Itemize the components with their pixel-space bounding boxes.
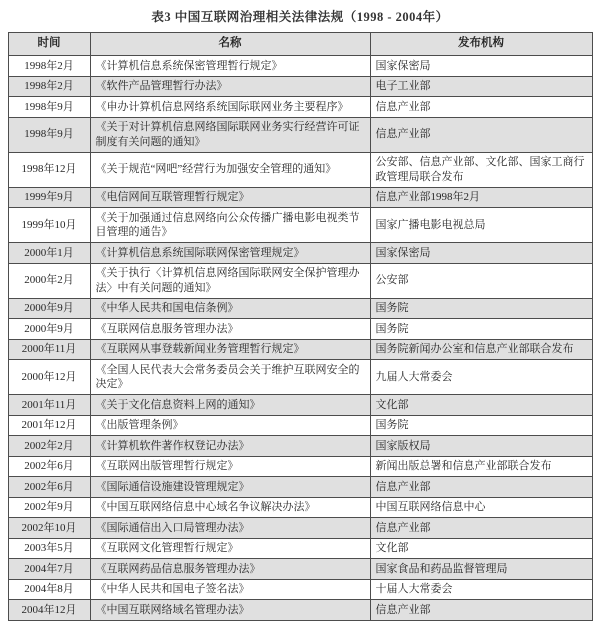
cell-name: 《关于执行〈计算机信息网络国际联网安全保护管理办法〉中有关问题的通知》 xyxy=(90,263,370,298)
cell-time: 2000年1月 xyxy=(8,243,90,264)
cell-agency: 国家保密局 xyxy=(370,56,592,77)
cell-time: 2000年9月 xyxy=(8,319,90,340)
cell-name: 《中华人民共和国电信条例》 xyxy=(90,298,370,319)
cell-agency: 信息产业部 xyxy=(370,97,592,118)
cell-name: 《互联网出版管理暂行规定》 xyxy=(90,456,370,477)
cell-agency: 十届人大常委会 xyxy=(370,579,592,600)
table-row: 1998年2月 《计算机信息系统保密管理暂行规定》 国家保密局 xyxy=(8,56,592,77)
table-row: 2002年6月 《互联网出版管理暂行规定》 新闻出版总署和信息产业部联合发布 xyxy=(8,456,592,477)
cell-name: 《互联网从事登载新闻业务管理暂行规定》 xyxy=(90,339,370,360)
table-row: 2004年12月 《中国互联网络域名管理办法》 信息产业部 xyxy=(8,600,592,621)
cell-name: 《计算机软件著作权登记办法》 xyxy=(90,436,370,457)
table-header: 时间 名称 发布机构 xyxy=(8,33,592,56)
cell-agency: 国家保密局 xyxy=(370,243,592,264)
cell-name: 《关于规范“网吧”经营行为加强安全管理的通知》 xyxy=(90,152,370,187)
header-cell-agency: 发布机构 xyxy=(370,33,592,56)
table-row: 2003年5月 《互联网文化管理暂行规定》 文化部 xyxy=(8,538,592,559)
cell-time: 2004年7月 xyxy=(8,559,90,580)
table-body: 1998年2月 《计算机信息系统保密管理暂行规定》 国家保密局 1998年2月 … xyxy=(8,56,592,621)
cell-agency: 九届人大常委会 xyxy=(370,360,592,395)
cell-name: 《关于对计算机信息网络国际联网业务实行经营许可证制度有关问题的通知》 xyxy=(90,117,370,152)
cell-agency: 公安部、信息产业部、文化部、国家工商行政管理局联合发布 xyxy=(370,152,592,187)
cell-name: 《中华人民共和国电子签名法》 xyxy=(90,579,370,600)
cell-name: 《中国互联网络信息中心域名争议解决办法》 xyxy=(90,497,370,518)
table-row: 2000年9月 《中华人民共和国电信条例》 国务院 xyxy=(8,298,592,319)
cell-name: 《国际通信设施建设管理规定》 xyxy=(90,477,370,498)
cell-time: 2002年10月 xyxy=(8,518,90,539)
table-row: 2002年6月 《国际通信设施建设管理规定》 信息产业部 xyxy=(8,477,592,498)
cell-name: 《关于文化信息资料上网的通知》 xyxy=(90,395,370,416)
table-row: 2000年1月 《计算机信息系统国际联网保密管理规定》 国家保密局 xyxy=(8,243,592,264)
laws-table: 时间 名称 发布机构 1998年2月 《计算机信息系统保密管理暂行规定》 国家保… xyxy=(8,32,593,621)
table-row: 2002年10月 《国际通信出入口局管理办法》 信息产业部 xyxy=(8,518,592,539)
table-row: 1999年10月 《关于加强通过信息网络向公众传播广播电影电视类节目管理的通告》… xyxy=(8,208,592,243)
cell-name: 《国际通信出入口局管理办法》 xyxy=(90,518,370,539)
cell-agency: 信息产业部 xyxy=(370,117,592,152)
cell-time: 2004年12月 xyxy=(8,600,90,621)
cell-name: 《计算机信息系统国际联网保密管理规定》 xyxy=(90,243,370,264)
table-row: 1999年9月 《电信网间互联管理暂行规定》 信息产业部1998年2月 xyxy=(8,187,592,208)
table-row: 1998年12月 《关于规范“网吧”经营行为加强安全管理的通知》 公安部、信息产… xyxy=(8,152,592,187)
cell-name: 《中国互联网络域名管理办法》 xyxy=(90,600,370,621)
table-row: 2004年7月 《互联网药品信息服务管理办法》 国家食品和药品监督管理局 xyxy=(8,559,592,580)
table-row: 2000年12月 《全国人民代表大会常务委员会关于维护互联网安全的决定》 九届人… xyxy=(8,360,592,395)
cell-agency: 中国互联网络信息中心 xyxy=(370,497,592,518)
table-row: 1998年9月 《申办计算机信息网络系统国际联网业务主要程序》 信息产业部 xyxy=(8,97,592,118)
cell-name: 《出版管理条例》 xyxy=(90,415,370,436)
cell-time: 2002年6月 xyxy=(8,477,90,498)
cell-agency: 公安部 xyxy=(370,263,592,298)
cell-name: 《电信网间互联管理暂行规定》 xyxy=(90,187,370,208)
cell-agency: 文化部 xyxy=(370,395,592,416)
cell-time: 2001年11月 xyxy=(8,395,90,416)
cell-agency: 信息产业部 xyxy=(370,518,592,539)
cell-time: 2001年12月 xyxy=(8,415,90,436)
cell-agency: 新闻出版总署和信息产业部联合发布 xyxy=(370,456,592,477)
table-row: 2002年2月 《计算机软件著作权登记办法》 国家版权局 xyxy=(8,436,592,457)
cell-name: 《计算机信息系统保密管理暂行规定》 xyxy=(90,56,370,77)
cell-time: 1998年9月 xyxy=(8,117,90,152)
cell-time: 1998年2月 xyxy=(8,56,90,77)
cell-time: 1998年12月 xyxy=(8,152,90,187)
cell-agency: 信息产业部 xyxy=(370,477,592,498)
cell-time: 1998年9月 xyxy=(8,97,90,118)
document-page: 表3 中国互联网治理相关法律法规（1998 - 2004年） 时间 名称 发布机… xyxy=(0,0,600,611)
table-row: 1998年9月 《关于对计算机信息网络国际联网业务实行经营许可证制度有关问题的通… xyxy=(8,117,592,152)
cell-agency: 电子工业部 xyxy=(370,76,592,97)
cell-time: 1999年9月 xyxy=(8,187,90,208)
cell-time: 2003年5月 xyxy=(8,538,90,559)
cell-name: 《互联网信息服务管理办法》 xyxy=(90,319,370,340)
cell-agency: 国务院新闻办公室和信息产业部联合发布 xyxy=(370,339,592,360)
cell-name: 《互联网药品信息服务管理办法》 xyxy=(90,559,370,580)
header-row: 时间 名称 发布机构 xyxy=(8,33,592,56)
cell-agency: 国家食品和药品监督管理局 xyxy=(370,559,592,580)
cell-name: 《软件产品管理暂行办法》 xyxy=(90,76,370,97)
cell-name: 《全国人民代表大会常务委员会关于维护互联网安全的决定》 xyxy=(90,360,370,395)
cell-agency: 国家广播电影电视总局 xyxy=(370,208,592,243)
header-cell-name: 名称 xyxy=(90,33,370,56)
page-title: 表3 中国互联网治理相关法律法规（1998 - 2004年） xyxy=(0,7,600,25)
table-row: 2000年2月 《关于执行〈计算机信息网络国际联网安全保护管理办法〉中有关问题的… xyxy=(8,263,592,298)
table-row: 1998年2月 《软件产品管理暂行办法》 电子工业部 xyxy=(8,76,592,97)
cell-time: 2000年12月 xyxy=(8,360,90,395)
cell-name: 《关于加强通过信息网络向公众传播广播电影电视类节目管理的通告》 xyxy=(90,208,370,243)
cell-time: 2002年6月 xyxy=(8,456,90,477)
cell-time: 2002年2月 xyxy=(8,436,90,457)
cell-agency: 国务院 xyxy=(370,415,592,436)
cell-time: 2000年9月 xyxy=(8,298,90,319)
table-row: 2000年9月 《互联网信息服务管理办法》 国务院 xyxy=(8,319,592,340)
table-row: 2002年9月 《中国互联网络信息中心域名争议解决办法》 中国互联网络信息中心 xyxy=(8,497,592,518)
cell-agency: 信息产业部 xyxy=(370,600,592,621)
cell-time: 2000年11月 xyxy=(8,339,90,360)
header-cell-time: 时间 xyxy=(8,33,90,56)
cell-agency: 国务院 xyxy=(370,298,592,319)
cell-agency: 信息产业部1998年2月 xyxy=(370,187,592,208)
cell-name: 《互联网文化管理暂行规定》 xyxy=(90,538,370,559)
cell-agency: 文化部 xyxy=(370,538,592,559)
table-row: 2004年8月 《中华人民共和国电子签名法》 十届人大常委会 xyxy=(8,579,592,600)
table-row: 2001年11月 《关于文化信息资料上网的通知》 文化部 xyxy=(8,395,592,416)
table-row: 2001年12月 《出版管理条例》 国务院 xyxy=(8,415,592,436)
cell-time: 1999年10月 xyxy=(8,208,90,243)
cell-time: 2002年9月 xyxy=(8,497,90,518)
cell-time: 2000年2月 xyxy=(8,263,90,298)
cell-time: 1998年2月 xyxy=(8,76,90,97)
cell-agency: 国务院 xyxy=(370,319,592,340)
cell-agency: 国家版权局 xyxy=(370,436,592,457)
table-row: 2000年11月 《互联网从事登载新闻业务管理暂行规定》 国务院新闻办公室和信息… xyxy=(8,339,592,360)
cell-time: 2004年8月 xyxy=(8,579,90,600)
cell-name: 《申办计算机信息网络系统国际联网业务主要程序》 xyxy=(90,97,370,118)
